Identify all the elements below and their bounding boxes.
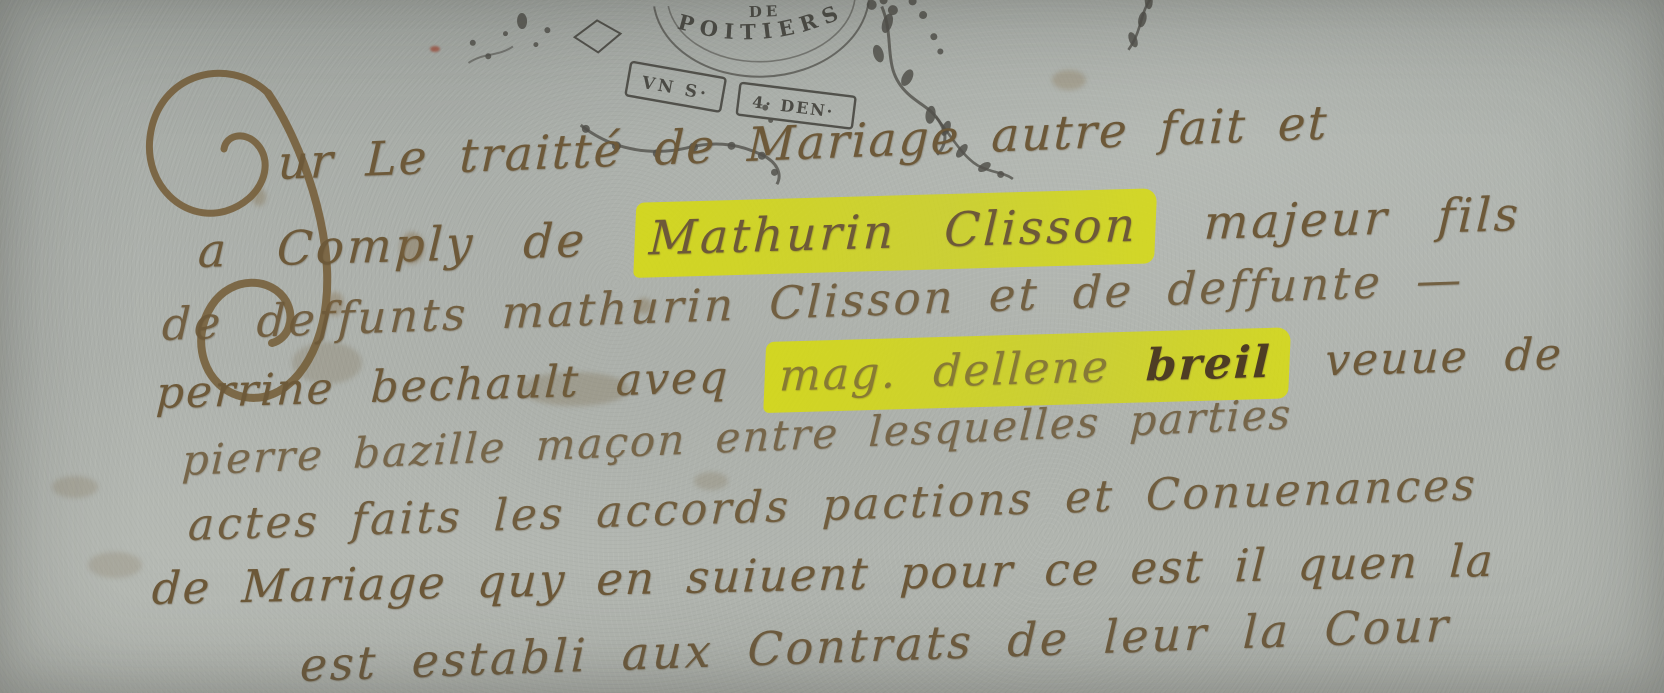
ink-stain [400, 232, 424, 264]
ink-stain [694, 472, 728, 490]
ink-stain [52, 476, 98, 498]
ink-stain [252, 188, 266, 206]
ink-stain [560, 236, 572, 250]
red-speck-stain [430, 46, 440, 52]
stamp-band-left: VN S· [625, 62, 725, 112]
ink-stain [1052, 70, 1086, 90]
manuscript-photo: DE POITIERS VN S· 4· DEN· [0, 0, 1664, 693]
highlight-breil-light-part: mag. dellene [778, 340, 1147, 401]
ink-stain [88, 552, 142, 578]
line-4-post: veuue de [1288, 329, 1564, 388]
ink-stain [292, 342, 362, 384]
ink-stain [636, 298, 652, 314]
manuscript-line-8-cut: est establi aux Contrats de leur la Cour [299, 598, 1452, 692]
ink-stain [326, 292, 344, 316]
line-2-post: majeur fils [1155, 187, 1522, 252]
highlight-breil-dark-part: breil [1145, 337, 1272, 392]
ink-stain [520, 372, 630, 406]
highlight-mathurin-clisson: Mathurin Clisson [633, 188, 1157, 278]
